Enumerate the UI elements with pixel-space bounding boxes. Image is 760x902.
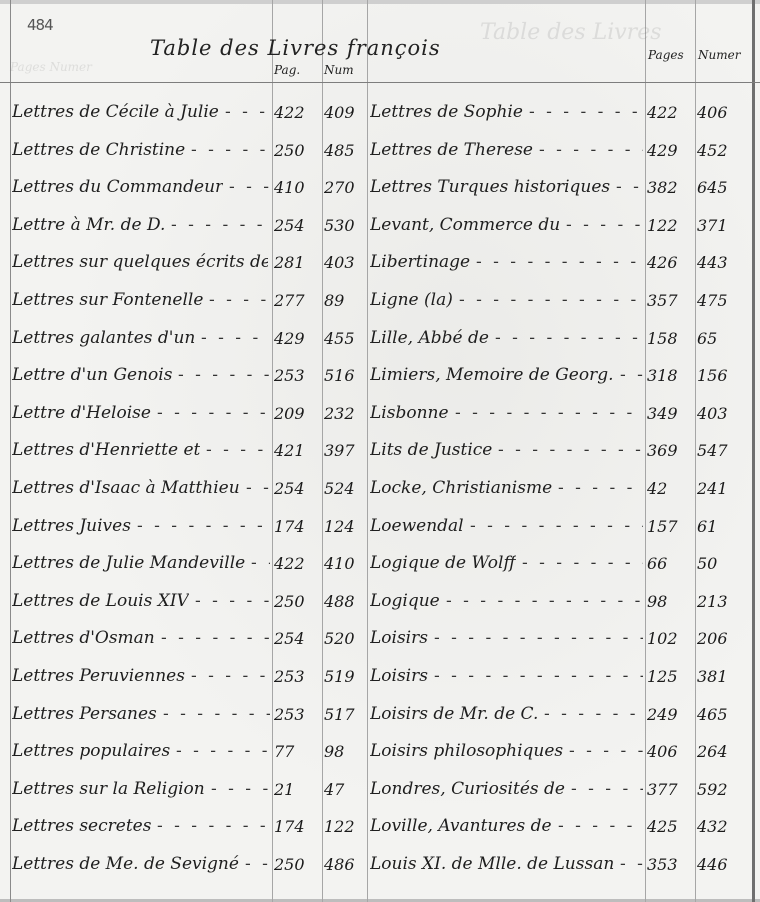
leader-dashes: - - - - - - - - - - - - - - - - - - - — [498, 440, 643, 460]
entry-pages: 429 — [647, 141, 678, 160]
entry-number: 371 — [697, 216, 728, 235]
entry-number: 403 — [697, 404, 728, 423]
entry-pages: 382 — [647, 178, 678, 197]
entry-pages: 66 — [647, 554, 667, 573]
leader-dashes: - - - - - - - - - - - - - - - - - - - — [455, 403, 643, 423]
entry-number: 65 — [697, 329, 717, 348]
entry-pages: 357 — [647, 291, 678, 310]
leader-dashes: - - - - - - - - - - - - - - - - - - - — [434, 628, 643, 648]
entry-title: Lettres Turques historiques — [370, 177, 610, 197]
manuscript-page: Table des Livres Pages Numer 484 Table d… — [0, 0, 760, 902]
leader-dashes: - - - - - - - - - - - - - - - - - - - — [569, 741, 643, 761]
entry-pages: 249 — [647, 705, 678, 724]
leader-dashes: - - - - - - - - - - - - - - - - - - - — [539, 140, 643, 160]
entry-number: 475 — [697, 291, 728, 310]
table-row: Louis XI. de Mlle. de Lussan- - - - - - … — [0, 854, 760, 884]
leader-dashes: - - - - - - - - - - - - - - - - - - - — [434, 666, 643, 686]
entry-title: Lits de Justice — [370, 440, 492, 460]
entry-title: Locke, Christianisme — [370, 478, 552, 498]
bleed-through: Table des Livres — [480, 20, 662, 45]
table-row: Londres, Curiosités de- - - - - - - - - … — [0, 779, 760, 809]
table-row: Locke, Christianisme- - - - - - - - - - … — [0, 478, 760, 508]
entry-number: 645 — [697, 178, 728, 197]
entry-title: Limiers, Memoire de Georg. — [370, 365, 614, 385]
entry-title: Londres, Curiosités de — [370, 779, 565, 799]
leader-dashes: - - - - - - - - - - - - - - - - - - - — [459, 290, 643, 310]
entry-pages: 369 — [647, 441, 678, 460]
entry-title: Loisirs philosophiques — [370, 741, 563, 761]
right-pages-header: Pages — [648, 48, 684, 62]
leader-dashes: - - - - - - - - - - - - - - - - - - - — [571, 779, 643, 799]
table-row: Lisbonne- - - - - - - - - - - - - - - - … — [0, 403, 760, 433]
entry-pages: 426 — [647, 253, 678, 272]
folio-number: 484 — [27, 16, 53, 34]
leader-dashes: - - - - - - - - - - - - - - - - - - - — [566, 215, 643, 235]
table-row: Loville, Avantures de- - - - - - - - - -… — [0, 816, 760, 846]
entry-pages: 422 — [647, 103, 678, 122]
entry-number: 213 — [697, 592, 728, 611]
leader-dashes: - - - - - - - - - - - - - - - - - - - — [529, 102, 643, 122]
entry-title: Ligne (la) — [370, 290, 453, 310]
table-row: Loisirs de Mr. de C.- - - - - - - - - - … — [0, 704, 760, 734]
leader-dashes: - - - - - - - - - - - - - - - - - - - — [616, 177, 643, 197]
entry-number: 61 — [697, 517, 717, 536]
leader-dashes: - - - - - - - - - - - - - - - - - - - — [544, 704, 643, 724]
entry-title: Lille, Abbé de — [370, 328, 489, 348]
entry-pages: 349 — [647, 404, 678, 423]
entry-number: 432 — [697, 817, 728, 836]
entry-number: 443 — [697, 253, 728, 272]
bleed-through: Pages Numer — [10, 60, 92, 74]
entry-title: Loville, Avantures de — [370, 816, 552, 836]
table-row: Levant, Commerce du- - - - - - - - - - -… — [0, 215, 760, 245]
entry-title: Levant, Commerce du — [370, 215, 560, 235]
leader-dashes: - - - - - - - - - - - - - - - - - - - — [558, 816, 643, 836]
header-rule — [0, 82, 760, 83]
entry-pages: 157 — [647, 517, 678, 536]
table-row: Loisirs- - - - - - - - - - - - - - - - -… — [0, 628, 760, 658]
leader-dashes: - - - - - - - - - - - - - - - - - - - — [470, 516, 643, 536]
entry-pages: 102 — [647, 629, 678, 648]
leader-dashes: - - - - - - - - - - - - - - - - - - - — [476, 252, 643, 272]
entry-title: Louis XI. de Mlle. de Lussan — [370, 854, 614, 874]
leader-dashes: - - - - - - - - - - - - - - - - - - - — [446, 591, 643, 611]
entry-title: Logique de Wolff — [370, 553, 516, 573]
entry-pages: 377 — [647, 780, 678, 799]
entry-pages: 353 — [647, 855, 678, 874]
entry-title: Lisbonne — [370, 403, 449, 423]
entry-number: 156 — [697, 366, 728, 385]
page-title: Table des Livres françois — [150, 36, 441, 60]
left-number-header: Num — [324, 63, 354, 77]
entry-number: 381 — [697, 667, 728, 686]
table-row: Limiers, Memoire de Georg.- - - - - - - … — [0, 365, 760, 395]
entry-title: Loisirs — [370, 666, 428, 686]
entry-title: Logique — [370, 591, 440, 611]
table-row: Lits de Justice- - - - - - - - - - - - -… — [0, 440, 760, 470]
entry-pages: 158 — [647, 329, 678, 348]
entry-title: Libertinage — [370, 252, 470, 272]
entry-title: Loisirs de Mr. de C. — [370, 704, 538, 724]
table-row: Ligne (la)- - - - - - - - - - - - - - - … — [0, 290, 760, 320]
entry-title: Lettres de Sophie — [370, 102, 523, 122]
entry-pages: 42 — [647, 479, 667, 498]
leader-dashes: - - - - - - - - - - - - - - - - - - - — [620, 854, 643, 874]
entry-number: 206 — [697, 629, 728, 648]
entry-number: 547 — [697, 441, 728, 460]
table-row: Lille, Abbé de- - - - - - - - - - - - - … — [0, 328, 760, 358]
entry-number: 406 — [697, 103, 728, 122]
table-row: Logique- - - - - - - - - - - - - - - - -… — [0, 591, 760, 621]
entry-number: 50 — [697, 554, 717, 573]
entry-pages: 318 — [647, 366, 678, 385]
entry-number: 446 — [697, 855, 728, 874]
entry-number: 264 — [697, 742, 728, 761]
table-row: Loisirs philosophiques- - - - - - - - - … — [0, 741, 760, 771]
table-row: Lettres de Therese- - - - - - - - - - - … — [0, 140, 760, 170]
entry-number: 465 — [697, 705, 728, 724]
entry-title: Loewendal — [370, 516, 464, 536]
leader-dashes: - - - - - - - - - - - - - - - - - - - — [522, 553, 643, 573]
table-row: Libertinage- - - - - - - - - - - - - - -… — [0, 252, 760, 282]
table-row: Lettres Turques historiques- - - - - - -… — [0, 177, 760, 207]
entry-number: 452 — [697, 141, 728, 160]
entry-number: 592 — [697, 780, 728, 799]
leader-dashes: - - - - - - - - - - - - - - - - - - - — [495, 328, 643, 348]
table-row: Loewendal- - - - - - - - - - - - - - - -… — [0, 516, 760, 546]
table-row: Logique de Wolff- - - - - - - - - - - - … — [0, 553, 760, 583]
entry-title: Lettres de Therese — [370, 140, 533, 160]
entry-pages: 406 — [647, 742, 678, 761]
left-pages-header: Pag. — [274, 63, 300, 77]
entry-number: 241 — [697, 479, 728, 498]
table-row: Lettres de Sophie- - - - - - - - - - - -… — [0, 102, 760, 132]
right-number-header: Numer — [698, 48, 740, 62]
table-row: Loisirs- - - - - - - - - - - - - - - - -… — [0, 666, 760, 696]
leader-dashes: - - - - - - - - - - - - - - - - - - - — [558, 478, 643, 498]
entry-pages: 425 — [647, 817, 678, 836]
entry-title: Loisirs — [370, 628, 428, 648]
page-top-edge — [0, 0, 760, 4]
leader-dashes: - - - - - - - - - - - - - - - - - - - — [620, 365, 643, 385]
entry-pages: 125 — [647, 667, 678, 686]
entry-pages: 122 — [647, 216, 678, 235]
entry-pages: 98 — [647, 592, 667, 611]
